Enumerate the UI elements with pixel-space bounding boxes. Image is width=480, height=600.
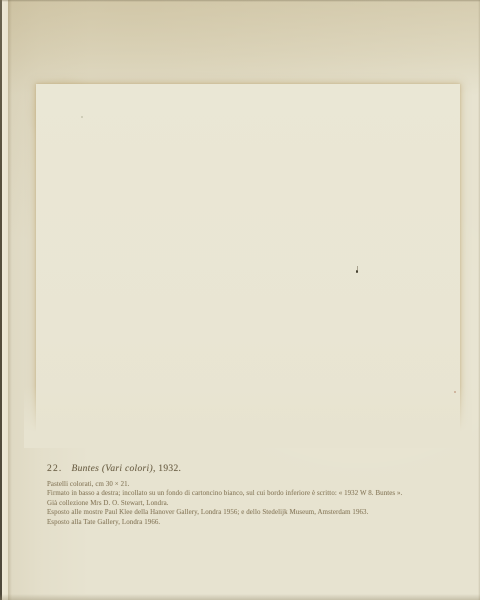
page-crease-left xyxy=(8,0,12,600)
catalog-entry: 22.Buntes (Vari colori), 1932. Pastelli … xyxy=(47,464,467,527)
entry-details: Pastelli colorati, cm 30 × 21. Firmato i… xyxy=(47,480,467,527)
entry-title: 22.Buntes (Vari colori), 1932. xyxy=(47,464,467,475)
plate-ghost-bottom-fade xyxy=(24,386,472,448)
entry-number: 22. xyxy=(47,464,62,474)
entry-title-name: Buntes (Vari colori) xyxy=(71,464,152,474)
detail-medium-dimensions: Pastelli colorati, cm 30 × 21. xyxy=(47,480,467,489)
foxing-speck xyxy=(454,391,456,393)
book-page-scan: 22.Buntes (Vari colori), 1932. Pastelli … xyxy=(0,0,480,600)
detail-exhibitions-1: Esposto alle mostre Paul Klee della Hano… xyxy=(47,508,467,517)
faint-speck xyxy=(81,116,83,118)
entry-title-year: , 1932. xyxy=(153,464,181,474)
plate-ghost-stain xyxy=(36,84,460,432)
detail-signature-inscription: Firmato in basso a destra; incollato su … xyxy=(47,489,467,498)
page-edge-top xyxy=(0,0,480,2)
ink-speck xyxy=(356,270,358,273)
page-edge-bottom xyxy=(0,594,480,600)
detail-provenance: Già collezione Mrs D. O. Stewart, Londra… xyxy=(47,499,467,508)
detail-exhibitions-2: Esposto alla Tate Gallery, Londra 1966. xyxy=(47,518,467,527)
